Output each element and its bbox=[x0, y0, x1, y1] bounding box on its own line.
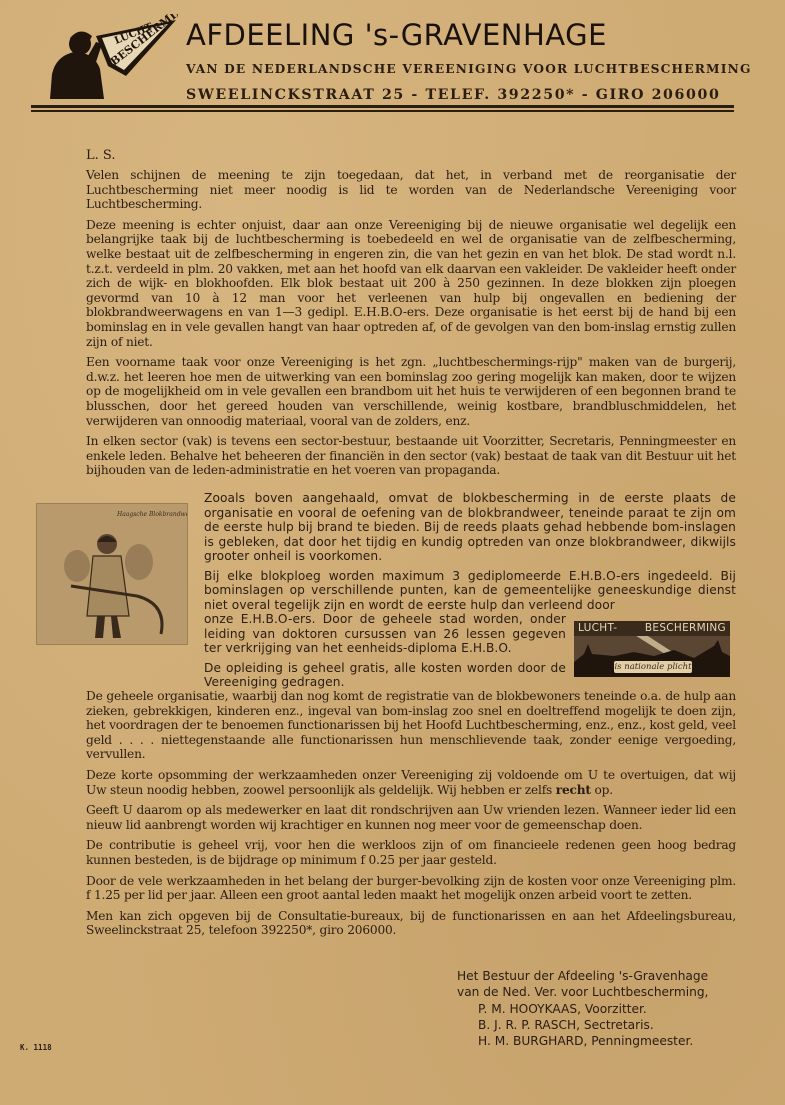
paragraph: Bij elke blokploeg worden maximum 3 gedi… bbox=[204, 569, 736, 613]
header-rule-thin bbox=[31, 110, 734, 112]
paragraph: Velen schijnen de meening te zijn toeged… bbox=[86, 168, 736, 212]
signoff-line: Het Bestuur der Afdeeling 's-Gravenhage bbox=[457, 968, 708, 984]
signatories: P. M. HOOYKAAS, Voorzitter. B. J. R. P. … bbox=[457, 1001, 708, 1050]
air-raid-warden-pennant-logo-icon: LUCHT BESCHERMING bbox=[30, 14, 178, 102]
signoff: Het Bestuur der Afdeeling 's-Gravenhage … bbox=[457, 968, 708, 1049]
paragraph: De opleiding is geheel gratis, alle kost… bbox=[204, 661, 566, 690]
paragraph: Deze korte opsomming der werkzaamheden o… bbox=[86, 768, 736, 797]
paragraph: De geheele organisatie, waarbij dan nog … bbox=[86, 689, 736, 762]
paragraph: Men kan zich opgeven bij de Consultatie-… bbox=[86, 909, 736, 938]
reference-code: K. 1118 bbox=[20, 1043, 52, 1052]
paragraph: Zooals boven aangehaald, omvat de blokbe… bbox=[204, 491, 736, 564]
paragraph: De contributie is geheel vrij, voor hen … bbox=[86, 838, 736, 867]
header-rule bbox=[31, 105, 734, 108]
letterhead: LUCHT BESCHERMING AFDEELING 's-GRAVENHAG… bbox=[30, 12, 740, 112]
fire-warden-sketch-icon: Haagsche Blokbrandweer bbox=[37, 504, 187, 644]
paragraph: Deze meening is echter onjuist, daar aan… bbox=[86, 218, 736, 349]
paragraph: Door de vele werkzaamheden in het belang… bbox=[86, 874, 736, 903]
salutation: L. S. bbox=[86, 148, 115, 163]
svg-text:Haagsche Blokbrandweer: Haagsche Blokbrandweer bbox=[116, 511, 187, 518]
paragraph: Geeft U daarom op als medewerker en laat… bbox=[86, 803, 736, 832]
signoff-line: van de Ned. Ver. voor Luchtbescherming, bbox=[457, 984, 708, 1000]
letterhead-title: AFDEELING 's-GRAVENHAGE bbox=[186, 18, 607, 52]
signatory: H. M. BURGHARD, Penningmeester. bbox=[478, 1033, 708, 1049]
poster-slogan: is nationale plicht bbox=[614, 661, 692, 673]
signatory: P. M. HOOYKAAS, Voorzitter. bbox=[478, 1001, 708, 1017]
poster-title: LUCHT- BESCHERMING bbox=[574, 621, 730, 636]
paragraph: Een voorname taak voor onze Vereeniging … bbox=[86, 355, 736, 428]
signatory: B. J. R. P. RASCH, Sectretaris. bbox=[478, 1017, 708, 1033]
fire-warden-illustration: Haagsche Blokbrandweer bbox=[36, 503, 188, 645]
paragraph: onze E.H.B.O-ers. Door de geheele stad w… bbox=[204, 612, 566, 656]
paragraph: In elken sector (vak) is tevens een sect… bbox=[86, 434, 736, 478]
letterhead-address: SWEELINCKSTRAAT 25 - TELEF. 392250* - GI… bbox=[186, 87, 720, 103]
narrow-paragraphs: onze E.H.B.O-ers. Door de geheele stad w… bbox=[204, 612, 566, 690]
luchtbescherming-poster: LUCHT- BESCHERMING is nationale plicht bbox=[574, 621, 730, 677]
letterhead-subtitle: VAN DE NEDERLANDSCHE VEREENIGING VOOR LU… bbox=[186, 62, 752, 76]
body-section-bottom: De geheele organisatie, waarbij dan nog … bbox=[86, 689, 736, 944]
body-section-top: Velen schijnen de meening te zijn toeged… bbox=[86, 168, 736, 484]
